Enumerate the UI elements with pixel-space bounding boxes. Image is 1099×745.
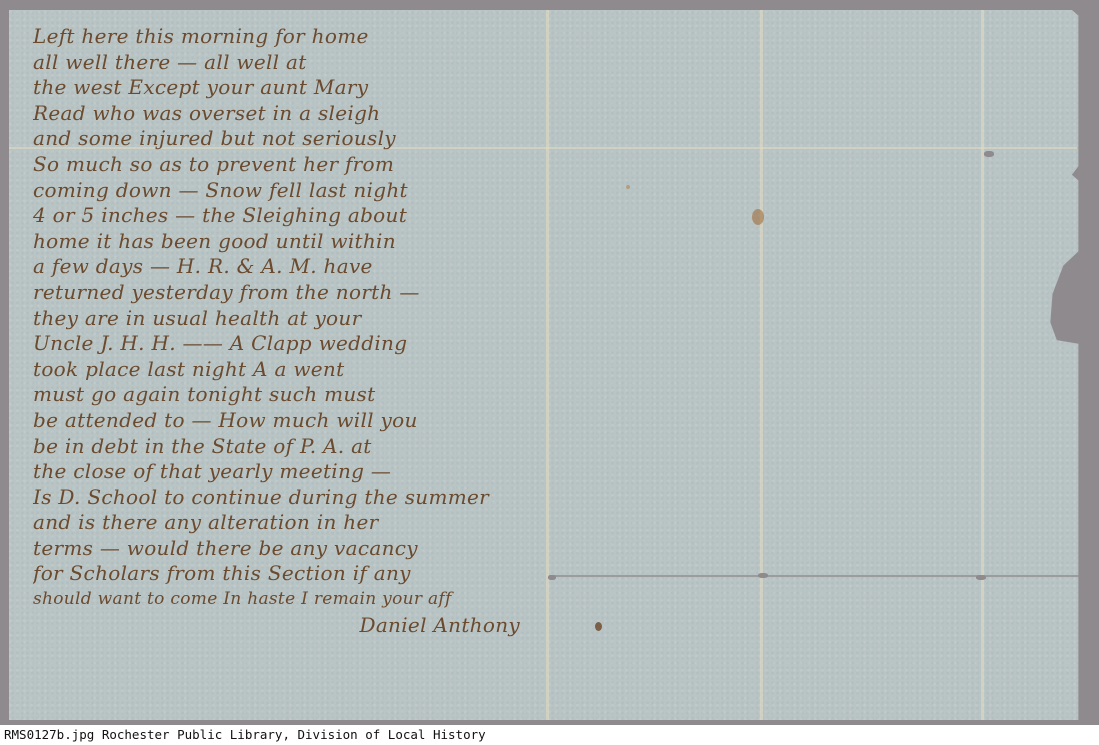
fold-line-horizontal xyxy=(549,575,1087,577)
letter-line: returned yesterday from the north — xyxy=(33,280,548,306)
letter-line: took place last night A a went xyxy=(33,357,548,383)
letter-line: the close of that yearly meeting — xyxy=(33,459,548,485)
fold-hole xyxy=(758,573,768,578)
letter-line: be in debt in the State of P. A. at xyxy=(33,434,548,460)
handwritten-letter-text: Left here this morning for home all well… xyxy=(33,24,548,638)
letter-line: all well there — all well at xyxy=(33,50,548,76)
letter-paper: Left here this morning for home all well… xyxy=(9,10,1087,720)
signature: Daniel Anthony xyxy=(33,613,548,639)
letter-line: coming down — Snow fell last night xyxy=(33,178,548,204)
letter-line: should want to come In haste I remain yo… xyxy=(33,587,548,613)
letter-line: a few days — H. R. & A. M. have xyxy=(33,254,548,280)
letter-line: Uncle J. H. H. —— A Clapp wedding xyxy=(33,331,548,357)
fold-line-vertical xyxy=(760,10,763,720)
letter-line: 4 or 5 inches — the Sleighing about xyxy=(33,203,548,229)
letter-line: be attended to — How much will you xyxy=(33,408,548,434)
letter-line: Is D. School to continue during the summ… xyxy=(33,485,548,511)
letter-line: and some injured but not seriously xyxy=(33,126,548,152)
ink-stain xyxy=(752,209,764,225)
fold-hole xyxy=(976,575,986,580)
scan-background: Left here this morning for home all well… xyxy=(0,0,1099,725)
ink-spot xyxy=(626,185,630,189)
letter-line: for Scholars from this Section if any xyxy=(33,561,548,587)
letter-line: must go again tonight such must xyxy=(33,382,548,408)
fold-hole xyxy=(548,575,556,580)
letter-line: they are in usual health at your xyxy=(33,306,548,332)
letter-line: Left here this morning for home xyxy=(33,24,548,50)
letter-line: home it has been good until within xyxy=(33,229,548,255)
ink-blot xyxy=(595,622,602,631)
letter-line: the west Except your aunt Mary xyxy=(33,75,548,101)
fold-hole xyxy=(984,151,994,157)
letter-line: So much so as to prevent her from xyxy=(33,152,548,178)
fold-line-vertical xyxy=(981,10,984,720)
letter-line: Read who was overset in a sleigh xyxy=(33,101,548,127)
letter-line: terms — would there be any vacancy xyxy=(33,536,548,562)
letter-line: and is there any alteration in her xyxy=(33,510,548,536)
image-caption: RMS0127b.jpg Rochester Public Library, D… xyxy=(4,727,486,743)
